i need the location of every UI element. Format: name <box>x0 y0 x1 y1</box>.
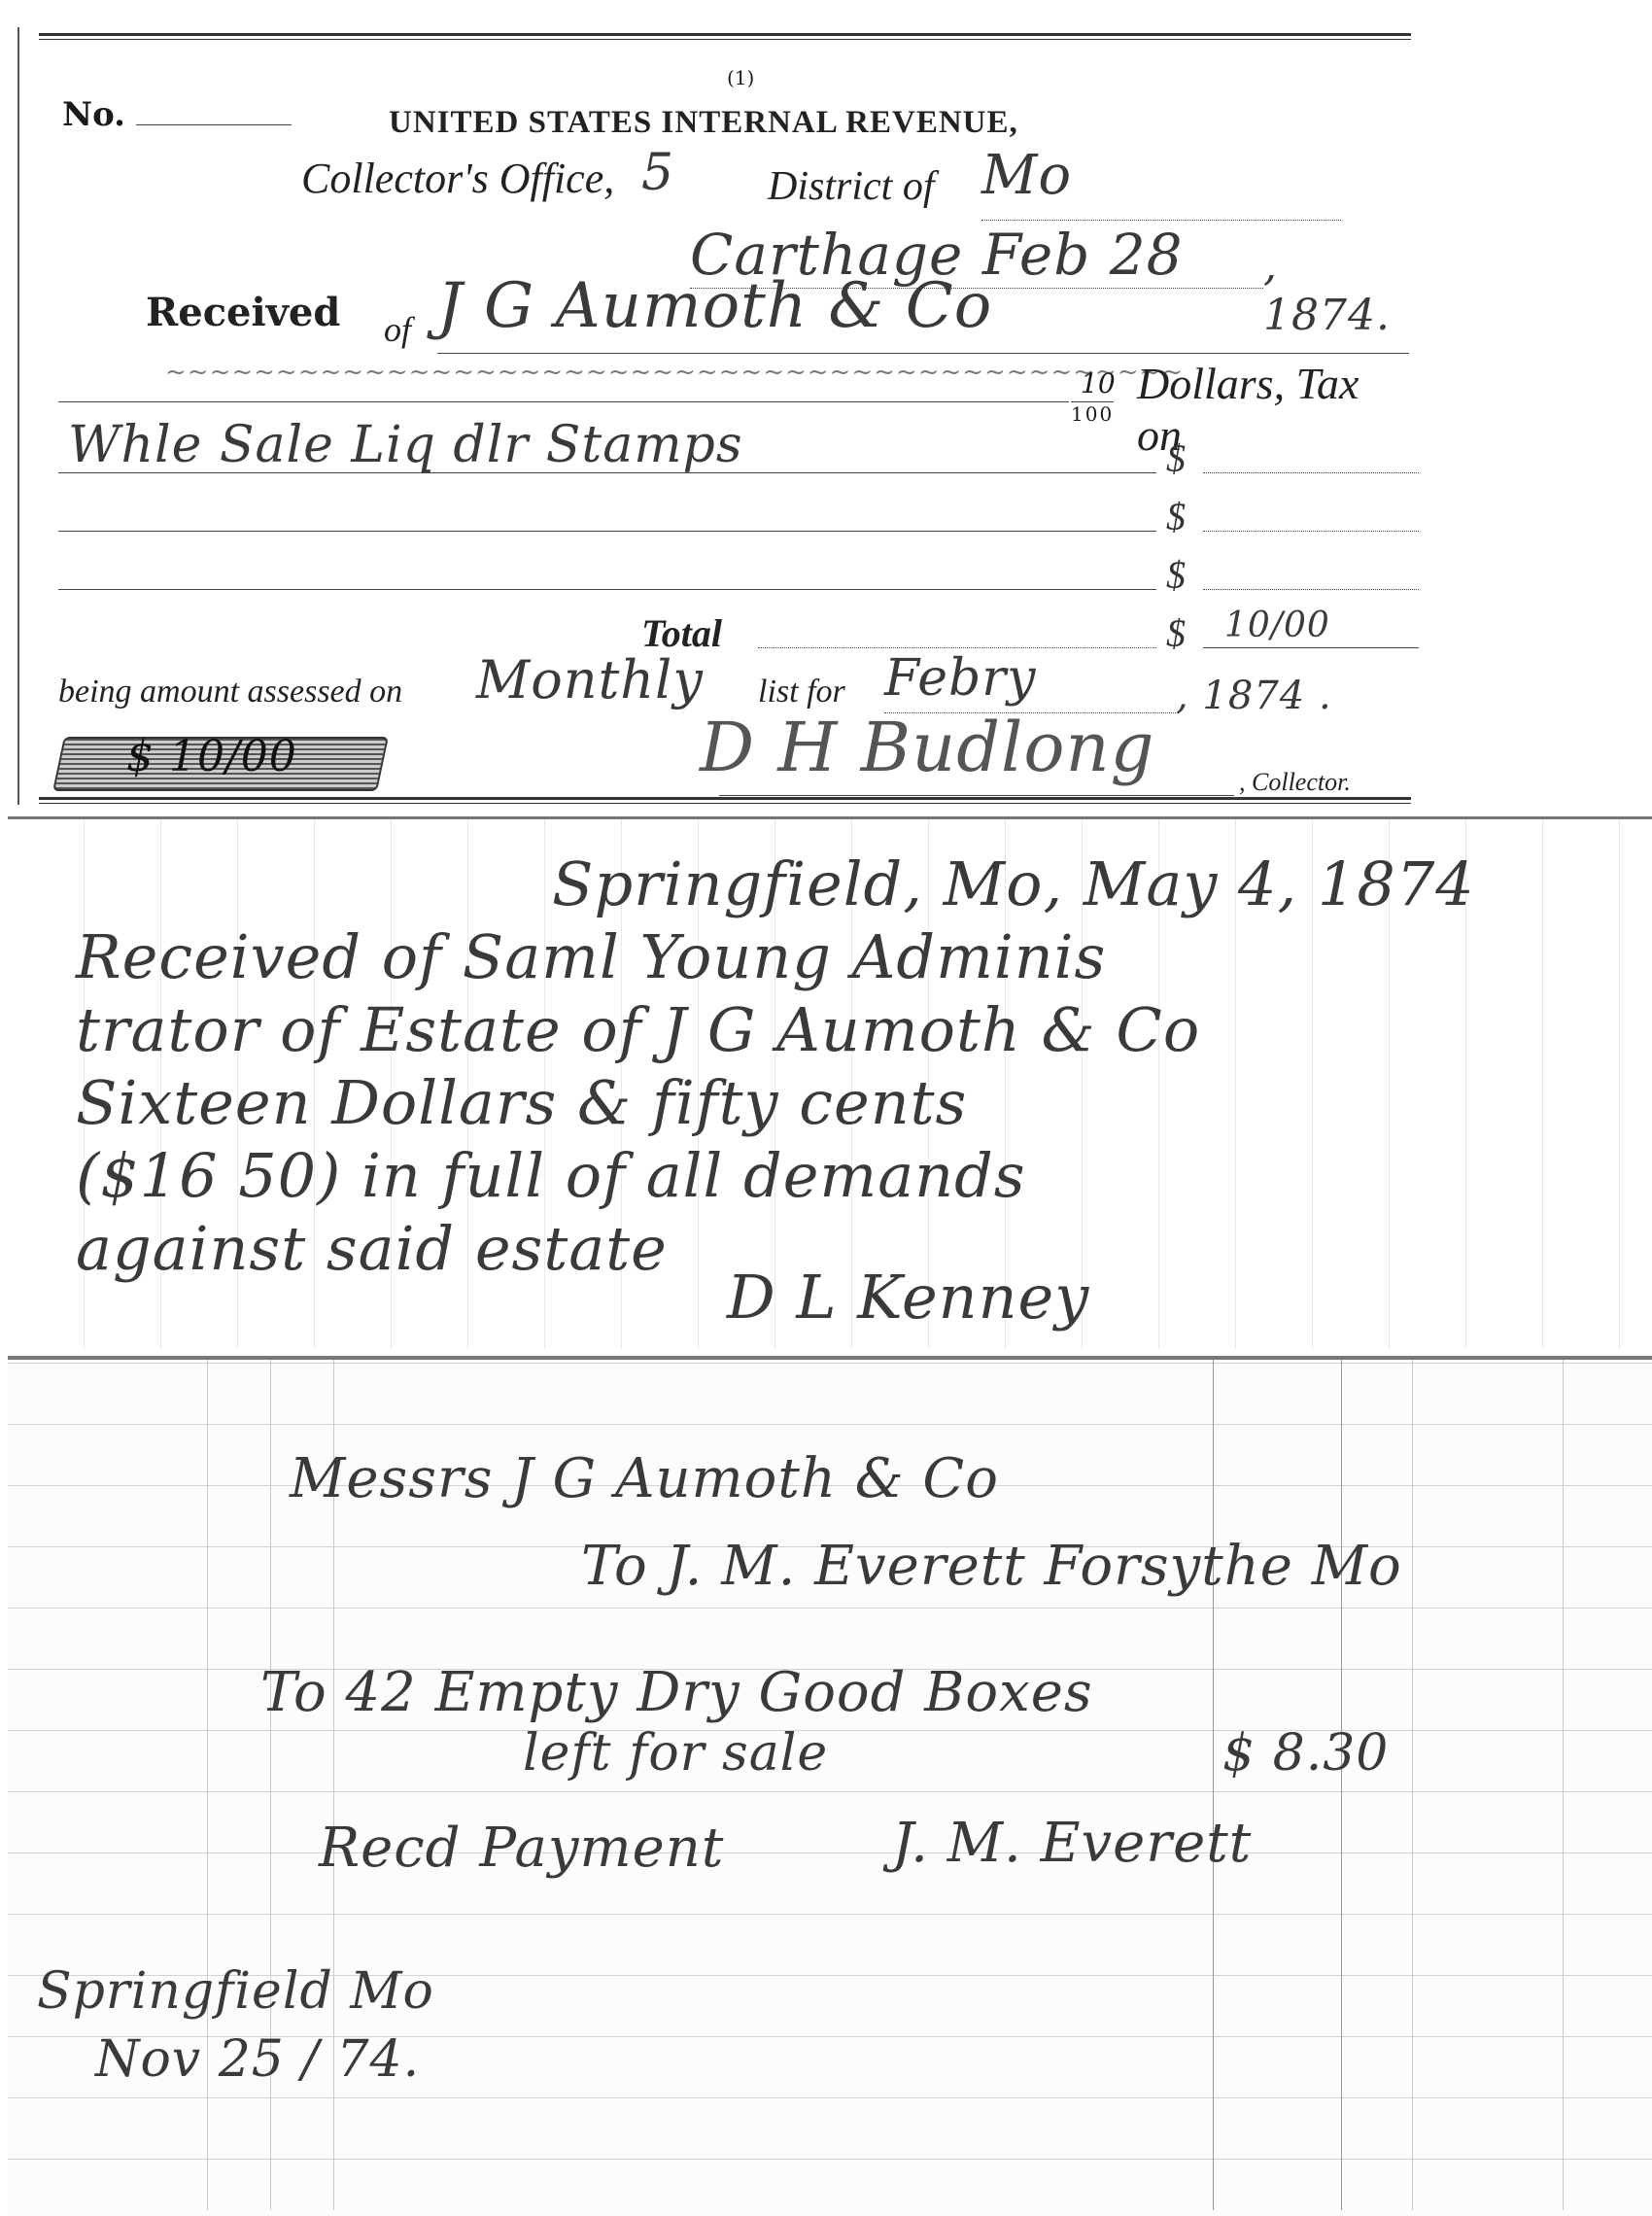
collector-signature: D H Budlong <box>700 708 1154 787</box>
list-type: Monthly <box>476 649 704 710</box>
line-item-rule <box>58 472 1156 473</box>
district-value: Mo <box>981 144 1072 207</box>
body-line: against said estate <box>76 1213 668 1284</box>
internal-revenue-receipt: No. (1) UNITED STATES INTERNAL REVENUE, … <box>17 27 1411 805</box>
collector-label: , Collector. <box>1239 768 1351 797</box>
to-line: Messrs J G Aumoth & Co <box>290 1447 999 1510</box>
fraction-numerator: 10 <box>1081 367 1116 399</box>
dollar-sign: $ <box>1166 435 1186 481</box>
received-from: J G Aumoth & Co <box>437 270 992 342</box>
list-month: Febry <box>884 649 1037 708</box>
district-number: 5 <box>641 144 674 202</box>
body-line: ($16 50) in full of all demands <box>76 1140 1026 1211</box>
top-border <box>39 33 1411 36</box>
line-item-rule <box>58 531 1156 532</box>
page-marker: (1) <box>727 66 754 89</box>
place-date: Springfield, Mo, May 4, 1874 <box>552 848 1475 919</box>
payee-signature: J. M. Everett <box>892 1812 1252 1875</box>
number-label: No. <box>62 95 125 134</box>
of-label: of <box>384 309 411 350</box>
amount-line <box>58 401 1069 402</box>
stamp-amount: $ 10/00 <box>126 732 297 781</box>
number-line <box>136 124 292 125</box>
ledger-column-line <box>1341 1360 1342 2210</box>
received-label: Received <box>146 290 340 335</box>
item-amount: $ 8.30 <box>1222 1724 1389 1783</box>
handwritten-receipt-kenney: Springfield, Mo, May 4, 1874 Received of… <box>8 816 1652 1349</box>
list-year: , 1874 . <box>1176 674 1332 718</box>
district-label: District of <box>768 163 935 210</box>
line-item-description: Whle Sale Liq dlr Stamps <box>68 416 743 474</box>
signature: D L Kenney <box>727 1262 1089 1333</box>
total-amount: 10/00 <box>1224 606 1330 645</box>
line-item-amount-line <box>1203 589 1419 590</box>
form-title: UNITED STATES INTERNAL REVENUE, <box>389 105 1018 141</box>
total-dollar-sign: $ <box>1166 610 1186 656</box>
ledger-column-line <box>1213 1360 1214 2210</box>
bottom-border <box>39 797 1411 800</box>
ledger-column-line <box>1412 1360 1413 2210</box>
line-item-rule <box>58 589 1156 590</box>
dollar-sign: $ <box>1166 552 1186 598</box>
ledger-column-line <box>1563 1360 1564 2210</box>
place: Springfield Mo <box>37 1962 434 2021</box>
from-line: To J. M. Everett Forsythe Mo <box>581 1535 1402 1598</box>
district-line <box>981 220 1341 221</box>
ledger-bill-everett: Messrs J G Aumoth & Co To J. M. Everett … <box>8 1356 1652 2216</box>
list-for-label: list for <box>758 674 845 710</box>
received-payment: Recd Payment <box>319 1817 724 1880</box>
dollar-sign: $ <box>1166 494 1186 539</box>
date: Nov 25 / 74. <box>95 2030 420 2089</box>
body-line: Sixteen Dollars & fifty cents <box>76 1067 967 1138</box>
collector-signature-line <box>719 795 1234 796</box>
line-item-amount-line <box>1203 531 1419 532</box>
fraction-denominator: 100 <box>1071 401 1114 426</box>
assessed-label: being amount assessed on <box>58 674 402 710</box>
filler-squiggle: ~~~~~~~~~~~~~~~~~~~~~~~~~~~~~~~~~~~~~~~~… <box>165 358 1184 387</box>
total-dots <box>758 647 1156 648</box>
line-item-amount-line <box>1203 472 1419 473</box>
body-line: Received of Saml Young Adminis <box>76 921 1106 992</box>
collectors-office-label: Collector's Office, <box>301 154 614 203</box>
item-line: To 42 Empty Dry Good Boxes <box>260 1661 1093 1724</box>
received-from-line <box>437 353 1409 354</box>
item-line: left for sale <box>523 1724 828 1783</box>
year: , 1874. <box>1263 241 1411 340</box>
body-line: trator of Estate of J G Aumoth & Co <box>76 994 1200 1065</box>
total-amount-line <box>1203 647 1419 648</box>
